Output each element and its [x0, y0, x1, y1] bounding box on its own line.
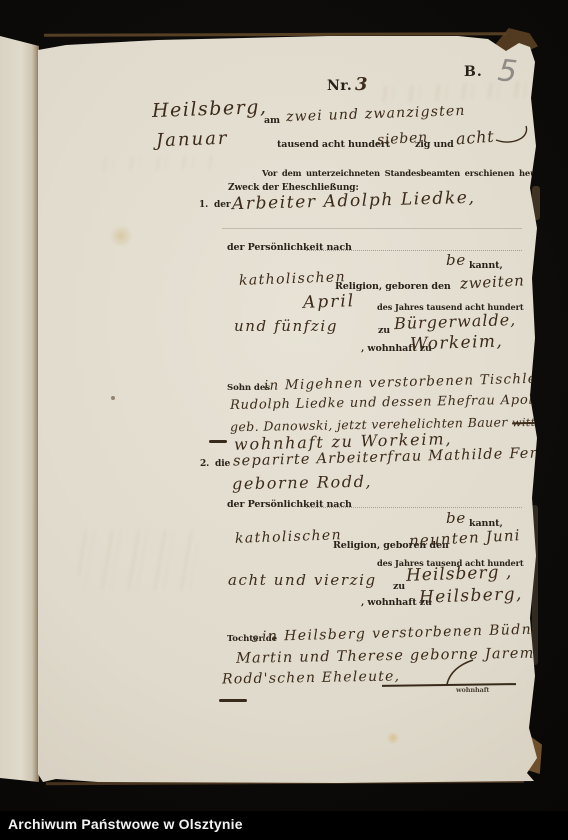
bride-name2: geborne Rodd, — [232, 472, 372, 493]
groom-religion: katholischen — [239, 269, 347, 289]
groom-birth-month: April — [303, 291, 356, 313]
groom-known-printed: kannt, — [469, 260, 503, 271]
intro-line1: Vor dem unterzeichneten Standesbeamten e… — [262, 168, 568, 178]
bride-parents-label-suffix: s — [252, 631, 259, 645]
groom-parents-line3b: Graw, — [556, 413, 568, 430]
bride-birthplace: Heilsberg , — [406, 562, 513, 586]
printed-zig-und: zig und — [415, 139, 454, 150]
scanned-register-photo: Nr. 3 B. 5 Heilsberg, am zwei und zwanzi… — [0, 0, 568, 840]
groom-birth-year: und fünfzig — [234, 317, 338, 335]
bride-religion: katholischen — [235, 527, 343, 547]
date-city: Heilsberg, — [152, 96, 268, 122]
form-rule — [222, 228, 522, 229]
bride-residence: Heilsberg, — [419, 584, 523, 608]
groom-known-hw: be — [446, 251, 466, 269]
bride-parents-line2: Martin und Therese geborne Jaremba — [236, 645, 555, 667]
closing-dash — [219, 699, 247, 702]
groom-parents-line2: Rudolph Liedke und dessen Ehefrau Apollo… — [230, 392, 568, 413]
bride-item-number: 2. — [200, 459, 209, 469]
register-page: Nr. 3 B. 5 Heilsberg, am zwei und zwanzi… — [38, 36, 538, 783]
facing-page-edge — [0, 30, 39, 784]
form-dotted-rule — [306, 507, 522, 508]
printed-am: am — [264, 115, 280, 126]
bleed-through-ghost — [98, 155, 218, 171]
date-day-words: zwei und zwanzigsten — [286, 103, 466, 125]
groom-zu-printed: zu — [378, 325, 390, 336]
record-number-label: Nr. — [327, 78, 352, 94]
groom-item-number: 1. — [199, 200, 208, 210]
bride-article: die — [215, 459, 230, 469]
groom-birth-day: zweiten — [460, 271, 525, 292]
printed-wohnhaft-small: wohnhaft — [456, 686, 489, 694]
bride-birth-year: acht und vierzig — [228, 571, 377, 589]
printed-year-prefix: tausend acht hundert — [277, 139, 390, 150]
bride-zu-printed: zu — [393, 581, 405, 592]
groom-identity-printed: der Persönlichkeit nach — [227, 242, 352, 253]
pen-flourish — [443, 658, 477, 686]
record-number-value: 3 — [355, 74, 368, 95]
bleed-through-ghost — [78, 530, 198, 590]
archive-caption-bar: Archiwum Państwowe w Olsztynie — [0, 811, 568, 840]
closing-stroke — [382, 683, 516, 687]
groom-article: der — [214, 200, 230, 210]
bride-parents-line3: Rodd'schen Eheleute, — [222, 668, 400, 687]
bride-parents-line1: in Heilsberg verstorbenen Büdner, — [262, 621, 554, 645]
groom-residence: Workeim, — [410, 331, 504, 354]
register-letter: B. — [464, 64, 483, 80]
archive-caption-text: Archiwum Państwowe w Olsztynie — [8, 816, 243, 832]
date-month: Januar — [156, 128, 229, 152]
paper-stain — [108, 226, 134, 246]
crossed-out-word: wittwe — [512, 416, 552, 430]
bride-birth-day: neunten Juni — [409, 526, 522, 550]
groom-birthplace: Bürgerwalde, — [394, 310, 517, 333]
bride-known-hw: be — [446, 509, 466, 527]
form-dotted-rule — [306, 250, 522, 251]
ink-dash — [209, 440, 227, 443]
pen-flourish — [490, 124, 530, 148]
groom-parents-line1: in Migehnen verstorbenen Tischlers, — [264, 370, 559, 394]
ink-speck — [111, 396, 115, 400]
bride-identity-printed: der Persönlichkeit nach — [227, 499, 352, 510]
pencil-folio-number: 5 — [496, 53, 519, 90]
paper-stain — [386, 732, 400, 744]
